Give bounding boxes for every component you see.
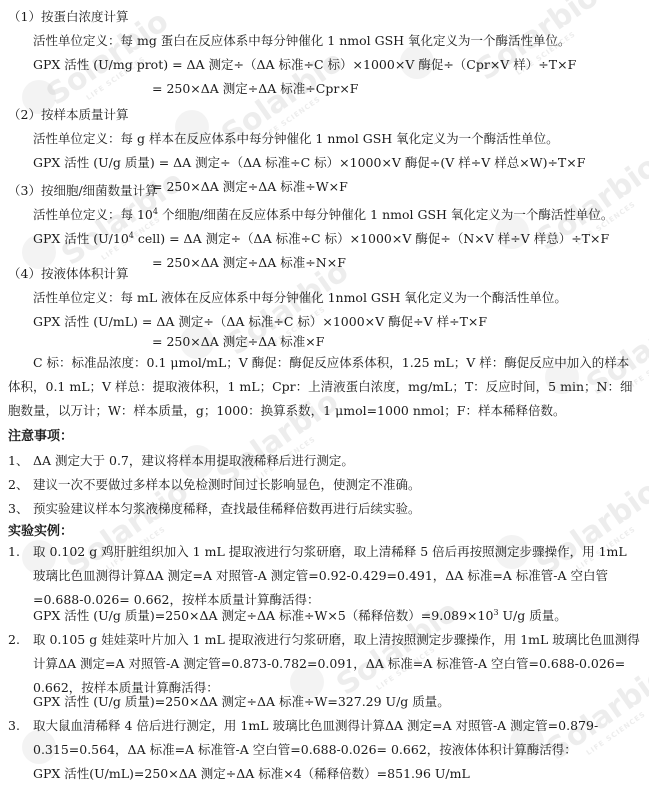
section-title-liquid: （4）按液体体积计算	[8, 266, 128, 282]
formula-liquid-simplified: = 250×ΔA 测定÷ΔA 标准×F	[152, 334, 324, 350]
unit-definition-protein: 活性单位定义：每 mg 蛋白在反应体系中每分钟催化 1 nmol GSH 氧化定…	[33, 33, 571, 49]
example-description: 取大鼠血清稀释 4 倍后进行测定，用 1mL 玻璃比色皿测得计算ΔA 测定=A …	[33, 714, 643, 762]
section-title-cell: （3）按细胞/细菌数量计算	[8, 183, 158, 199]
example-number: 3.	[8, 718, 20, 734]
unit-definition-mass: 活性单位定义：每 g 样本在反应体系中每分钟催化 1 nmol GSH 氧化定义…	[33, 131, 559, 147]
notes-heading: 注意事项：	[8, 429, 73, 445]
note-item: 建议一次不要做过多样本以免检测时间过长影响显色，使测定不准确。	[33, 477, 421, 493]
document-page: SolarbioLIFE SCIENCES SolarbioLIFE SCIEN…	[0, 0, 649, 805]
note-item: 预实验建议样本匀浆液梯度稀释，查找最佳稀释倍数再进行后续实验。	[33, 501, 421, 517]
note-number: 2、	[8, 477, 28, 493]
variable-legend: C 标：标准品浓度：0.1 μmol/mL；V 酶促：酶促反应体系体积，1.25…	[8, 351, 641, 423]
examples-heading: 实验实例：	[8, 524, 73, 540]
formula-cell-full: GPX 活性 (U/104 cell) = ΔA 测定÷（ΔA 标准÷C 标）×…	[33, 231, 609, 247]
formula-liquid-full: GPX 活性 (U/mL) = ΔA 测定÷（ΔA 标准÷C 标）×1000×V…	[33, 314, 487, 330]
example-description: 取 0.105 g 娃娃菜叶片加入 1 mL 提取液进行匀浆研磨，取上清按照测定…	[33, 628, 643, 700]
formula-protein-simplified: = 250×ΔA 测定÷ΔA 标准÷Cpr×F	[152, 81, 358, 97]
note-number: 3、	[8, 501, 28, 517]
example-description: 取 0.102 g 鸡肝脏组织加入 1 mL 提取液进行匀浆研磨，取上清稀释 5…	[33, 540, 643, 612]
example-result: GPX 活性(U/mL)=250×ΔA 测定÷ΔA 标准×4（稀释倍数）=851…	[33, 766, 470, 782]
formula-mass-simplified: = 250×ΔA 测定÷ΔA 标准÷W×F	[152, 179, 348, 195]
example-result: GPX 活性 (U/g 质量)=250×ΔA 测定÷ΔA 标准÷W=327.29…	[33, 694, 450, 710]
formula-protein-full: GPX 活性 (U/mg prot) = ΔA 测定÷（ΔA 标准÷C 标）×1…	[33, 57, 576, 73]
section-title-mass: （2）按样本质量计算	[8, 107, 128, 123]
note-item: ΔA 测定大于 0.7，建议将样本用提取液稀释后进行测定。	[33, 453, 354, 469]
example-number: 1.	[8, 544, 20, 560]
formula-cell-simplified: = 250×ΔA 测定÷ΔA 标准÷N×F	[152, 255, 346, 271]
example-number: 2.	[8, 632, 20, 648]
unit-definition-liquid: 活性单位定义：每 mL 液体在反应体系中每分钟催化 1nmol GSH 氧化定义…	[33, 290, 567, 306]
unit-definition-cell: 活性单位定义：每 104 个细胞/细菌在反应体系中每分钟催化 1 nmol GS…	[33, 207, 613, 223]
formula-mass-full: GPX 活性 (U/g 质量) = ΔA 测定÷（ΔA 标准÷C 标）×1000…	[33, 155, 585, 171]
example-result: GPX 活性 (U/g 质量)=250×ΔA 测定÷ΔA 标准÷W×5（稀释倍数…	[33, 608, 567, 624]
section-title-protein: （1）按蛋白浓度计算	[8, 9, 128, 25]
note-number: 1、	[8, 453, 28, 469]
